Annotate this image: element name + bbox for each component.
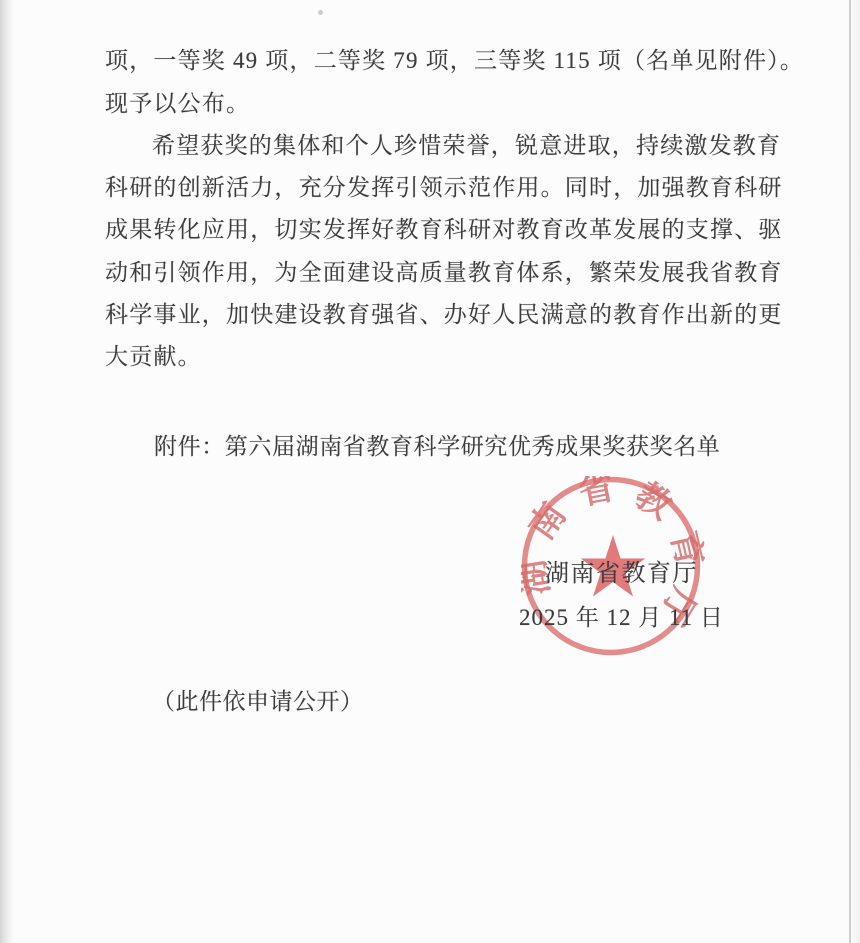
attachment-line: 附件：第六届湖南省教育科学研究优秀成果奖获奖名单	[154, 433, 720, 461]
scan-edge-left	[0, 0, 14, 943]
issue-date: 2025 年 12 月 11 日	[519, 604, 724, 632]
scan-edge-right	[849, 0, 860, 943]
body-line-2: 现予以公布。	[105, 90, 250, 118]
scan-speck	[318, 10, 323, 15]
document-page: 湖南省教育厅 项，一等奖 49 项，二等奖 79 项，三等奖 115 项（名单见…	[0, 0, 860, 943]
body-line-8: 大贡献。	[105, 343, 202, 371]
body-line-4: 科研的创新活力，充分发挥引领示范作用。同时，加强教育科研	[105, 174, 783, 202]
body-line-6: 动和引领作用，为全面建设高质量教育体系，繁荣发展我省教育	[105, 259, 783, 287]
body-line-7: 科学事业，加快建设教育强省、办好人民满意的教育作出新的更	[105, 301, 783, 329]
agency-name: 湖南省教育厅	[545, 560, 698, 588]
body-line-3: 希望获奖的集体和个人珍惜荣誉，锐意进取，持续激发教育	[152, 132, 781, 160]
body-line-1: 项，一等奖 49 项，二等奖 79 项，三等奖 115 项（名单见附件）。	[105, 47, 804, 75]
footer-note: （此件依申请公开）	[152, 688, 364, 716]
body-line-5: 成果转化应用，切实发挥好教育科研对教育改革发展的支撑、驱	[105, 216, 783, 244]
